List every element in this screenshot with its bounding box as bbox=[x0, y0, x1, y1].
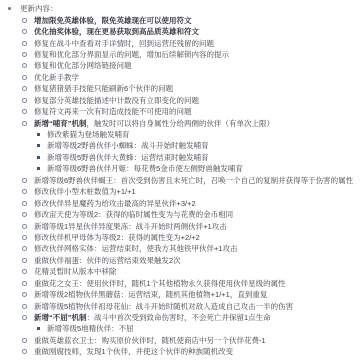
changelog-item: 新增等级5植物伙伴祖母花仙：战斗开始时随机对敌人造成自己攻击一半的伤害 bbox=[0, 300, 360, 311]
changelog-item-text: 更新内容： bbox=[20, 3, 58, 14]
changelog-item-regular-text: 修改紫猫为登场触发哺育 bbox=[47, 130, 130, 139]
bullet-icon bbox=[22, 29, 27, 34]
changelog-item: 重做英雄蓝衣卫士：购买原价伙伴时，随机使商店中另一个伙伴花费-1 bbox=[0, 335, 360, 346]
changelog-item-regular-text: 新增等级1异星伙伴异度果冻：战斗开始时两侧伙伴+1攻击 bbox=[34, 222, 227, 231]
changelog-item-text: 修复和优化部分网络链接问题 bbox=[34, 60, 132, 71]
changelog-item: 新增等级2野兽伙伴小蜘蛛：战斗开始时触发哺育 bbox=[0, 140, 360, 151]
changelog-item-regular-text: 修改伙伴异星魔药为给攻击最高的异星伙伴+3/+2 bbox=[34, 199, 196, 208]
changelog-item-regular-text: 修复符文再来一次有时造成技能不可使用的问题 bbox=[34, 107, 192, 116]
changelog-item: 修改伙伴异星魔药为给攻击最高的异星伙伴+3/+2 bbox=[0, 197, 360, 208]
changelog-item: 修改伙伴网格实体：运营结束时，使我方其他铁甲伙伴+1攻击 bbox=[0, 243, 360, 254]
changelog-item-text: 新增“不屈”机制：战斗中首次受到致命伤害时，不会死亡并保留1点生命 bbox=[34, 312, 271, 323]
bullet-icon bbox=[22, 281, 27, 286]
changelog-item: 新增等级5地精伙伴：不屈 bbox=[0, 323, 360, 334]
changelog-item: 修复和优化部分网络链接问题 bbox=[0, 60, 360, 71]
bullet-icon bbox=[22, 338, 27, 343]
changelog-item-text: 新增等级2植物伙伴黑蘑菇：运营结束，随机其他植物+1/+1，直到重复 bbox=[34, 289, 267, 300]
changelog-item-regular-text: 新增等级6野兽伙伴蝎王：首次受到伤害且未死亡时，召唤一个自己的复制并获得等于伤害… bbox=[34, 176, 353, 185]
changelog-item-bold-text: 新增“哺育”机制 bbox=[34, 119, 87, 128]
bullet-icon bbox=[37, 156, 40, 159]
changelog-item-text: 新增等级1异星伙伴异度果冻：战斗开始时两侧伙伴+1攻击 bbox=[34, 221, 227, 232]
changelog-item-regular-text: ：战斗中首次受到致命伤害时，不会死亡并保留1点生命 bbox=[87, 313, 271, 322]
changelog-item-text: 修复部分英雄技能描述中计数没有立即变化的问题 bbox=[34, 95, 199, 106]
changelog-item-text: 优化新手教学 bbox=[34, 72, 79, 83]
changelog-item-regular-text: 新增等级2植物伙伴黑蘑菇：运营结束，随机其他植物+1/+1，直到重复 bbox=[34, 290, 267, 299]
changelog-item-regular-text: 修改宙天使为等级2：获得的临时属性变为与花费的金币相同 bbox=[34, 210, 233, 219]
bullet-icon bbox=[22, 189, 27, 194]
changelog-item: 新增等级1异星伙伴异度果冻：战斗开始时两侧伙伴+1攻击 bbox=[0, 220, 360, 231]
changelog-item-text: 修改宙天使为等级2：获得的临时属性变为与花费的金币相同 bbox=[34, 209, 233, 220]
changelog-item: 修改伙伴小型木桩数值为+1/+1 bbox=[0, 186, 360, 197]
changelog-item: 修复和优化部分界面显示的问题，增加后续解锁内容的提示 bbox=[0, 49, 360, 60]
bullet-icon bbox=[8, 7, 11, 10]
changelog-item-bold-text: 优化抽奖体验，现在更易获取到高品质英雄和符文 bbox=[34, 27, 199, 36]
changelog-item-regular-text: 重做英雄蓝衣卫士：购买原价伙伴时，随机使商店中另一个伙伴花费-1 bbox=[34, 336, 266, 345]
changelog-item-regular-text: 重做花之女王：使用伙伴时，随机1个其他植物永久获得使用伙伴星级的属性 bbox=[34, 279, 286, 288]
changelog-item-text: 修改伙伴网格实体：运营结束时，使我方其他铁甲伙伴+1攻击 bbox=[34, 243, 238, 254]
changelog-item-text: 新增等级2野兽伙伴小蜘蛛：战斗开始时触发哺育 bbox=[47, 140, 209, 151]
bullet-icon bbox=[22, 52, 27, 57]
changelog-item: 新增等级2植物伙伴黑蘑菇：运营结束，随机其他植物+1/+1，直到重复 bbox=[0, 289, 360, 300]
changelog-item-text: 修复符文再来一次有时造成技能不可使用的问题 bbox=[34, 106, 192, 117]
changelog-item-regular-text: 花精灵暂时从版本中移除 bbox=[34, 267, 117, 276]
changelog-item: 增加限免英雄体验，限免英雄现在可以使用符文 bbox=[0, 14, 360, 25]
changelog-item-regular-text: 修改伙伴网格实体：运营结束时，使我方其他铁甲伙伴+1攻击 bbox=[34, 244, 238, 253]
changelog-item-regular-text: 修复和优化部分网络链接问题 bbox=[34, 61, 132, 70]
bullet-icon bbox=[22, 269, 27, 274]
changelog-item-text: 增加限免英雄体验，限免英雄现在可以使用符文 bbox=[34, 15, 192, 26]
changelog-item: 新增“哺育”机制，触发时可以将自身属性分给两侧的伙伴（有单次上限） bbox=[0, 117, 360, 128]
changelog-item-text: 新增等级5野兽伙伴大黄蜂：运营结束时触发哺育 bbox=[47, 152, 209, 163]
changelog-item-text: 重做花之女王：使用伙伴时，随机1个其他植物永久获得使用伙伴星级的属性 bbox=[34, 278, 286, 289]
changelog-item-text: 新增“哺育”机制，触发时可以将自身属性分给两侧的伙伴（有单次上限） bbox=[34, 118, 274, 129]
bullet-icon bbox=[22, 178, 27, 183]
changelog-item-text: 修复猪猪猎手技能只能刷新6个伙伴的问题 bbox=[34, 83, 173, 94]
changelog-item: 优化抽奖体验，现在更易获取到高品质英雄和符文 bbox=[0, 26, 360, 37]
changelog-item-regular-text: 修复在战斗中查看对手详情时，回到运营还残留的问题 bbox=[34, 39, 214, 48]
bullet-icon bbox=[37, 167, 40, 170]
changelog-item-text: 修改伙伴机甲母体为等级2：获得的属性变为+2/+2 bbox=[34, 232, 200, 243]
changelog-item: 修复猪猪猎手技能只能刷新6个伙伴的问题 bbox=[0, 83, 360, 94]
changelog-item-text: 修改紫猫为登场触发哺育 bbox=[47, 129, 130, 140]
changelog-item: 修复符文再来一次有时造成技能不可使用的问题 bbox=[0, 106, 360, 117]
changelog-item-text: 重做刚腐技师，发现1个伙伴，并使这个伙伴的种族随机改变 bbox=[34, 346, 233, 357]
changelog-item-regular-text: 优化新手教学 bbox=[34, 73, 79, 82]
bullet-icon bbox=[22, 41, 27, 46]
changelog-item-regular-text: 修复和优化部分界面显示的问题，增加后续解锁内容的提示 bbox=[34, 50, 229, 59]
changelog-item: 修复部分英雄技能描述中计数没有立即变化的问题 bbox=[0, 95, 360, 106]
bullet-icon bbox=[22, 304, 27, 309]
changelog-item: 重做伙伴福蛋：伙伴的运营结束效果触发2次 bbox=[0, 255, 360, 266]
changelog-item-text: 新增等级5地精伙伴：不屈 bbox=[47, 323, 134, 334]
bullet-icon bbox=[22, 246, 27, 251]
bullet-icon bbox=[37, 144, 40, 147]
bullet-icon bbox=[22, 235, 27, 240]
changelog-item-regular-text: 修改伙伴机甲母体为等级2：获得的属性变为+2/+2 bbox=[34, 233, 200, 242]
changelog-item: 新增等级6野兽伙伴月姬：每花费5金币使左侧野兽触发哺育 bbox=[0, 163, 360, 174]
changelog-item-regular-text: 新增等级6野兽伙伴月姬：每花费5金币使左侧野兽触发哺育 bbox=[47, 164, 243, 173]
bullet-icon bbox=[22, 258, 27, 263]
changelog-item-regular-text: 新增等级5植物伙伴祖母花仙：战斗开始时随机对敌人造成自己攻击一半的伤害 bbox=[34, 302, 293, 311]
bullet-icon bbox=[37, 133, 40, 136]
changelog-item-text: 新增等级6野兽伙伴蝎王：首次受到伤害且未死亡时，召唤一个自己的复制并获得等于伤害… bbox=[34, 175, 353, 186]
changelog-item-text: 重做英雄蓝衣卫士：购买原价伙伴时，随机使商店中另一个伙伴花费-1 bbox=[34, 335, 266, 346]
changelog-item-regular-text: 新增等级5野兽伙伴大黄蜂：运营结束时触发哺育 bbox=[47, 153, 209, 162]
bullet-icon bbox=[22, 292, 27, 297]
changelog-item: 修改紫猫为登场触发哺育 bbox=[0, 129, 360, 140]
bullet-icon bbox=[22, 121, 27, 126]
changelog-item-regular-text: 新增等级2野兽伙伴小蜘蛛：战斗开始时触发哺育 bbox=[47, 141, 209, 150]
changelog-item-text: 新增等级6野兽伙伴月姬：每花费5金币使左侧野兽触发哺育 bbox=[47, 163, 243, 174]
changelog-item: 优化新手教学 bbox=[0, 72, 360, 83]
changelog-item: 重做花之女王：使用伙伴时，随机1个其他植物永久获得使用伙伴星级的属性 bbox=[0, 278, 360, 289]
changelog-item-text: 修复和优化部分界面显示的问题，增加后续解锁内容的提示 bbox=[34, 49, 229, 60]
bullet-icon bbox=[22, 75, 27, 80]
changelog-item-text: 优化抽奖体验，现在更易获取到高品质英雄和符文 bbox=[34, 26, 199, 37]
bullet-icon bbox=[22, 18, 27, 23]
bullet-icon bbox=[37, 327, 40, 330]
bullet-icon bbox=[22, 212, 27, 217]
changelog-item-text: 花精灵暂时从版本中移除 bbox=[34, 266, 117, 277]
changelog-item: 新增等级5野兽伙伴大黄蜂：运营结束时触发哺育 bbox=[0, 152, 360, 163]
changelog-item-regular-text: 修复猪猪猎手技能只能刷新6个伙伴的问题 bbox=[34, 84, 173, 93]
bullet-icon bbox=[22, 315, 27, 320]
changelog-item: 新增“不屈”机制：战斗中首次受到致命伤害时，不会死亡并保留1点生命 bbox=[0, 312, 360, 323]
bullet-icon bbox=[22, 201, 27, 206]
changelog-item-regular-text: 重做刚腐技师，发现1个伙伴，并使这个伙伴的种族随机改变 bbox=[34, 347, 233, 356]
changelog-panel: 更新内容： 增加限免英雄体验，限免英雄现在可以使用符文 优化抽奖体验，现在更易获… bbox=[0, 0, 360, 358]
changelog-item-regular-text: 更新内容： bbox=[20, 4, 58, 13]
changelog-item: 新增等级6野兽伙伴蝎王：首次受到伤害且未死亡时，召唤一个自己的复制并获得等于伤害… bbox=[0, 175, 360, 186]
bullet-icon bbox=[22, 98, 27, 103]
bullet-icon bbox=[22, 224, 27, 229]
changelog-item-regular-text: ，触发时可以将自身属性分给两侧的伙伴（有单次上限） bbox=[87, 119, 275, 128]
bullet-icon bbox=[22, 63, 27, 68]
changelog-item: 修改宙天使为等级2：获得的临时属性变为与花费的金币相同 bbox=[0, 209, 360, 220]
bullet-icon bbox=[22, 109, 27, 114]
changelog-list: 更新内容： 增加限免英雄体验，限免英雄现在可以使用符文 优化抽奖体验，现在更易获… bbox=[0, 3, 360, 358]
changelog-item: 重做刚腐技师，发现1个伙伴，并使这个伙伴的种族随机改变 bbox=[0, 346, 360, 357]
changelog-item-bold-text: 增加限免英雄体验，限免英雄现在可以使用符文 bbox=[34, 16, 192, 25]
changelog-item: 修改伙伴机甲母体为等级2：获得的属性变为+2/+2 bbox=[0, 232, 360, 243]
bullet-icon bbox=[22, 86, 27, 91]
changelog-item: 修复在战斗中查看对手详情时，回到运营还残留的问题 bbox=[0, 37, 360, 48]
changelog-item-regular-text: 修改伙伴小型木桩数值为+1/+1 bbox=[34, 187, 136, 196]
changelog-item-text: 修改伙伴小型木桩数值为+1/+1 bbox=[34, 186, 136, 197]
changelog-item-regular-text: 重做伙伴福蛋：伙伴的运营结束效果触发2次 bbox=[34, 256, 181, 265]
changelog-item-text: 修复在战斗中查看对手详情时，回到运营还残留的问题 bbox=[34, 38, 214, 49]
changelog-item-text: 新增等级5植物伙伴祖母花仙：战斗开始时随机对敌人造成自己攻击一半的伤害 bbox=[34, 301, 293, 312]
changelog-item: 花精灵暂时从版本中移除 bbox=[0, 266, 360, 277]
changelog-item: 更新内容： bbox=[0, 3, 360, 14]
changelog-item-text: 修改伙伴异星魔药为给攻击最高的异星伙伴+3/+2 bbox=[34, 198, 196, 209]
changelog-item-regular-text: 新增等级5地精伙伴：不屈 bbox=[47, 324, 134, 333]
changelog-item-text: 重做伙伴福蛋：伙伴的运营结束效果触发2次 bbox=[34, 255, 181, 266]
bullet-icon bbox=[22, 349, 27, 354]
changelog-item-bold-text: 新增“不屈”机制 bbox=[34, 313, 87, 322]
changelog-item-regular-text: 修复部分英雄技能描述中计数没有立即变化的问题 bbox=[34, 96, 199, 105]
